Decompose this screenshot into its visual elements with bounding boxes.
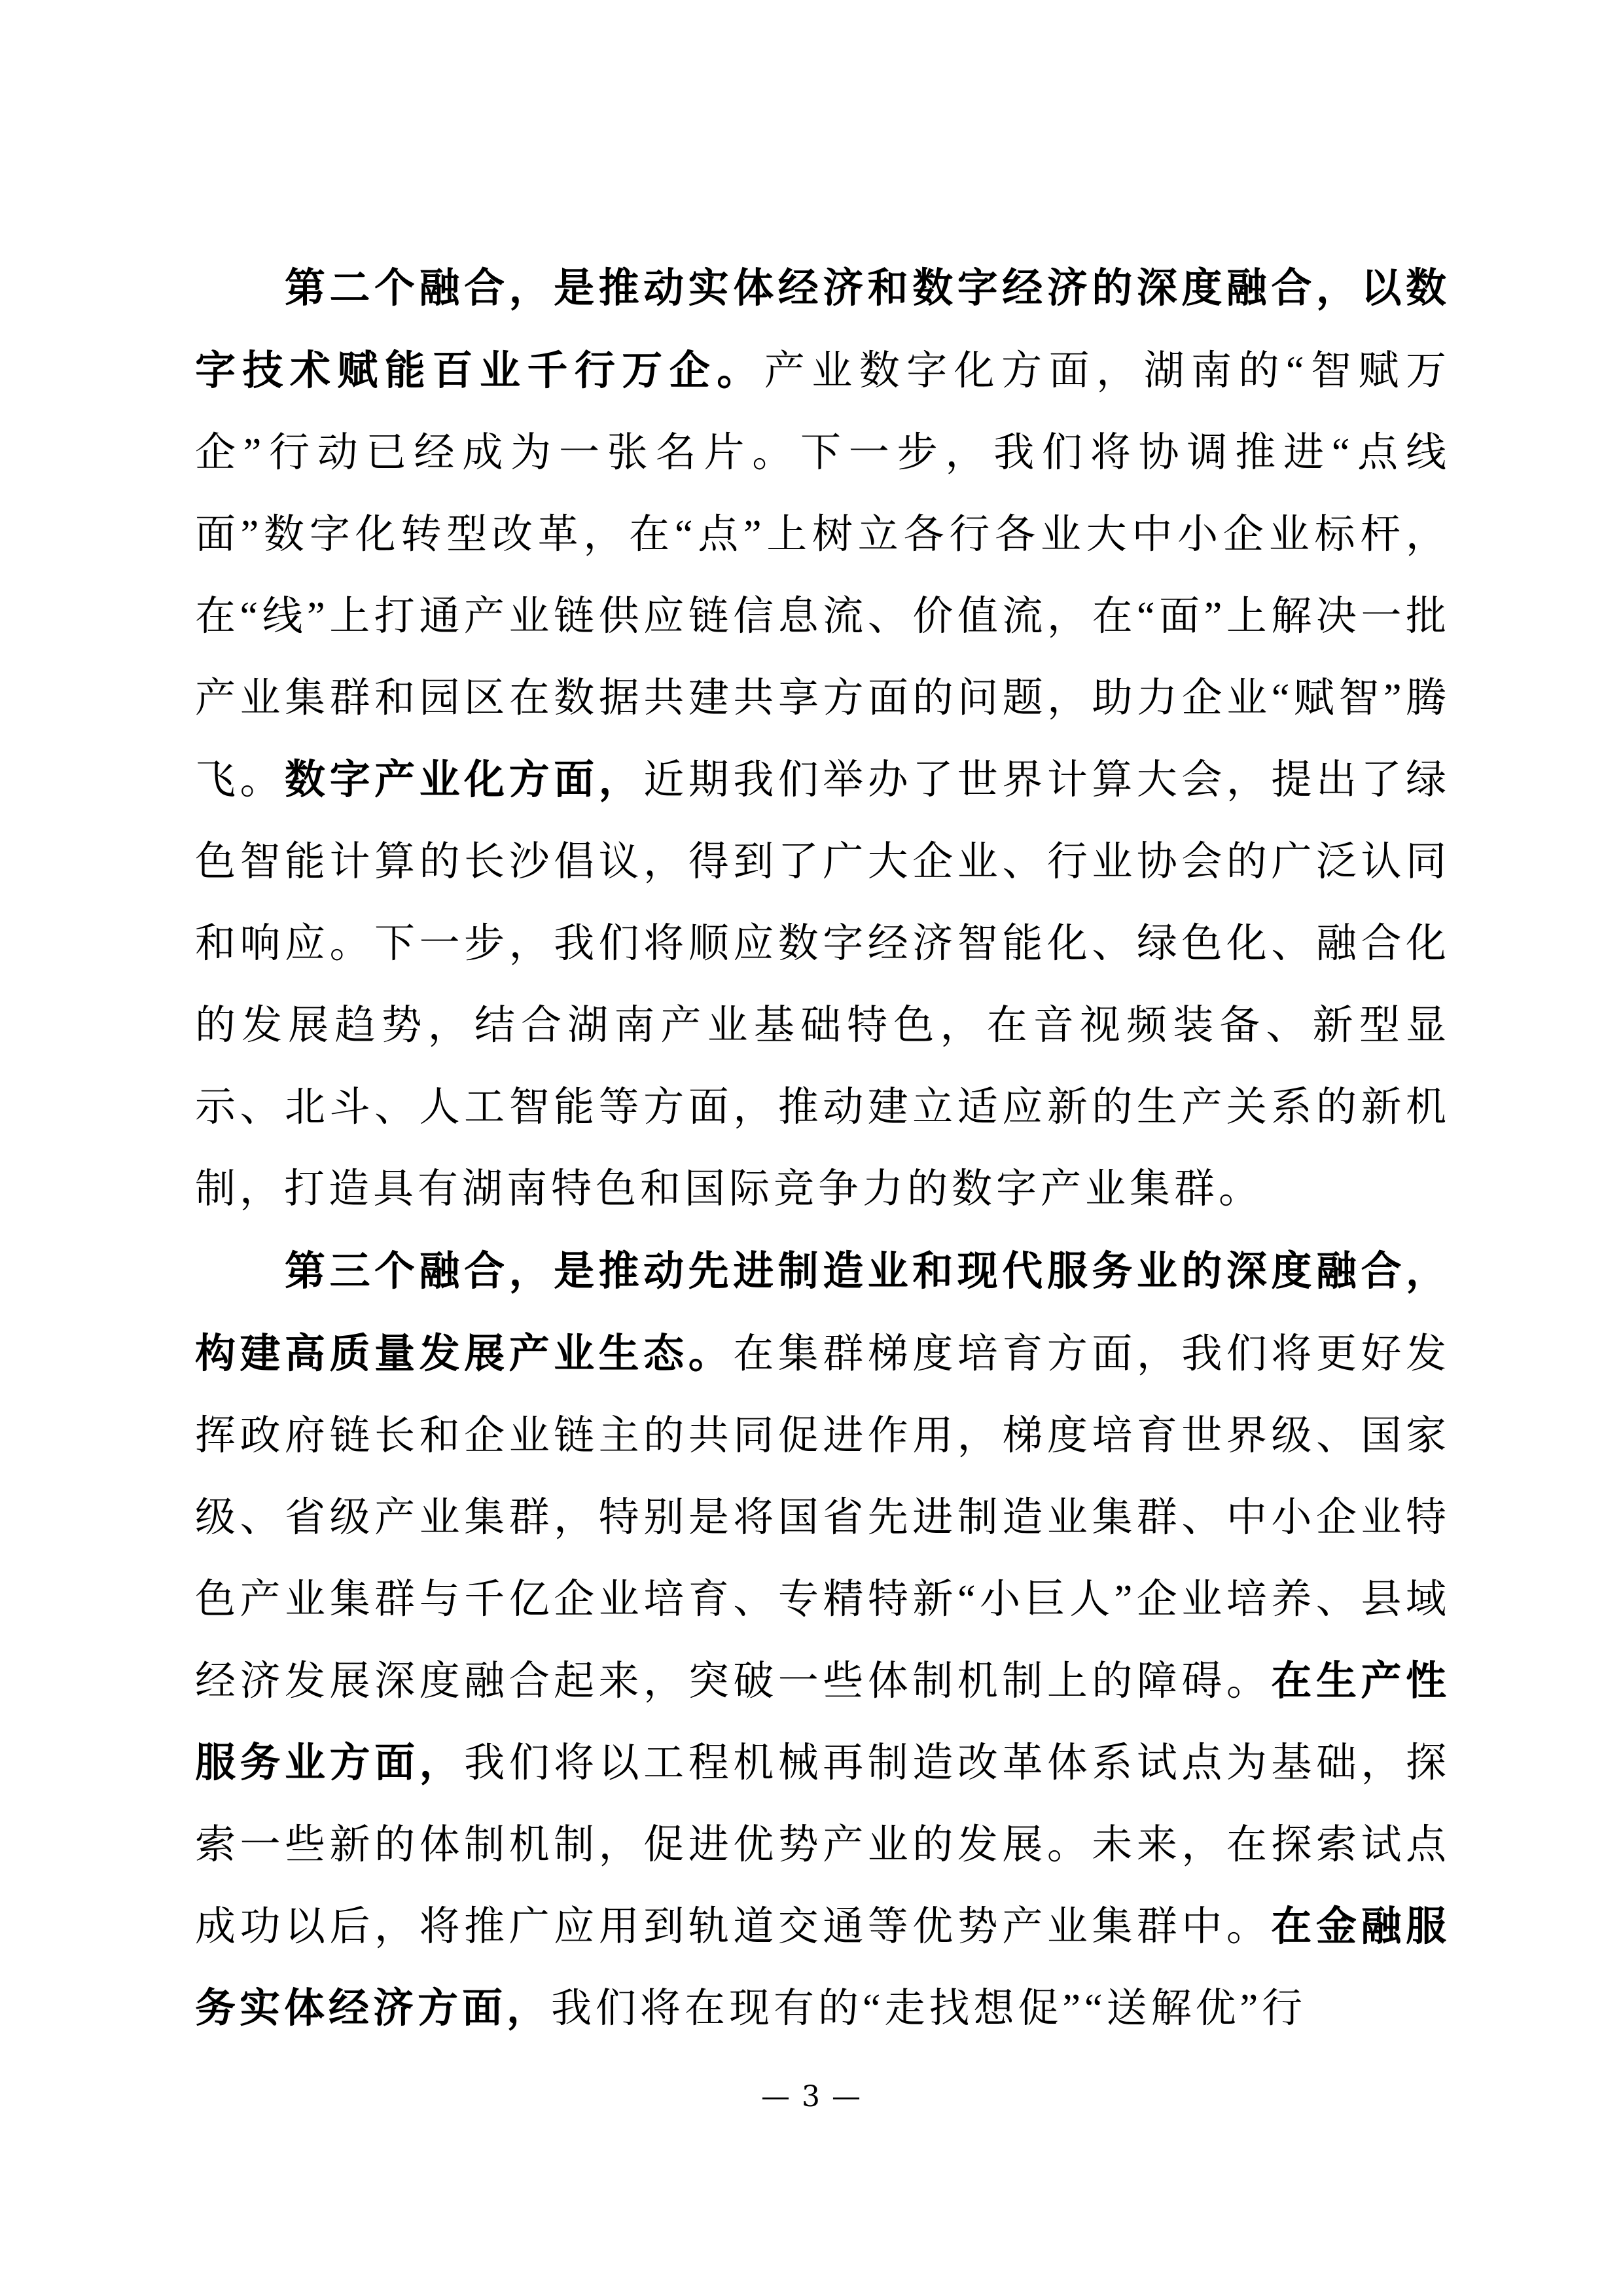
text-run: 我们将在现有的“走找想促”“送解优”行 [551, 1986, 1306, 2031]
text-run: 产业数字化方面，湖南的“智赋万企”行动已经成为一张名片。下一步，我们将协调推进“… [195, 349, 1450, 802]
body-paragraph-1: 第二个融合，是推动实体经济和数字经济的深度融合，以数字技术赋能百业千行万企。产业… [195, 247, 1450, 1230]
page-number: — 3 — [0, 2080, 1623, 2113]
text-run: 近期我们举办了世界计算大会，提出了绿色智能计算的长沙倡议，得到了广大企业、行业协… [195, 758, 1450, 1211]
text-run-bold: 数字产业化方面， [285, 758, 643, 802]
body-paragraph-2: 第三个融合，是推动先进制造业和现代服务业的深度融合，构建高质量发展产业生态。在集… [195, 1230, 1450, 2050]
text-run: 在集群梯度培育方面，我们将更好发挥政府链长和企业链主的共同促进作用，梯度培育世界… [195, 1332, 1450, 1704]
document-page: 第二个融合，是推动实体经济和数字经济的深度融合，以数字技术赋能百业千行万企。产业… [0, 0, 1623, 2296]
document-body: 第二个融合，是推动实体经济和数字经济的深度融合，以数字技术赋能百业千行万企。产业… [195, 247, 1450, 2050]
